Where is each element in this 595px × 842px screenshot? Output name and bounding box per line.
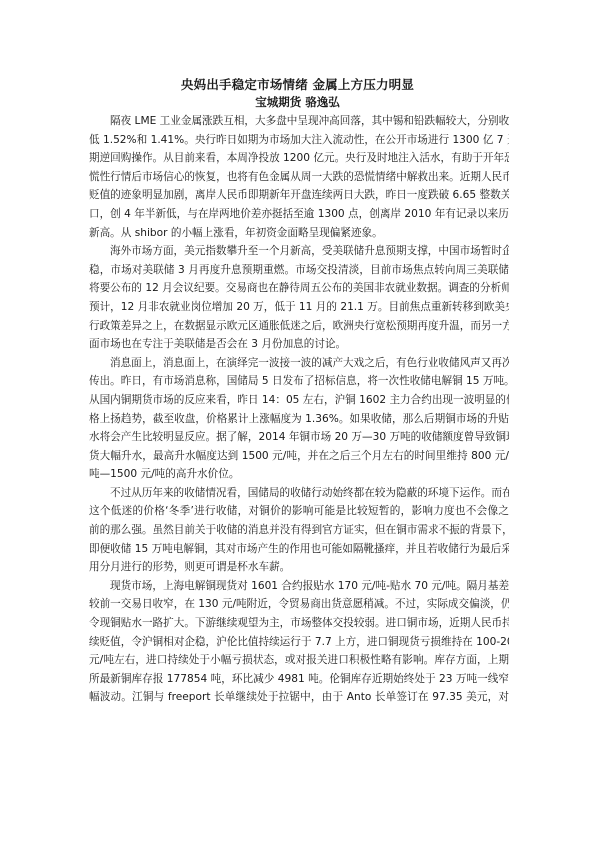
text-line: 从国内铜期货市场的反应来看，昨日 14：05 左右，沪铜 1602 主力合约出现… bbox=[89, 391, 509, 410]
text-line: 水将会产生比较明显反应。据了解，2014 年铜市场 20 万—30 万吨的收储额… bbox=[89, 428, 509, 447]
text-line: 稳，市场对美联储 3 月再度升息预期重燃。市场交投清淡，目前市场焦点转向周三美联… bbox=[89, 261, 509, 280]
text-line: 预计，12 月非农就业岗位增加 20 万，低于 11 月的 21.1 万。目前焦… bbox=[89, 298, 509, 317]
text-line: 期逆回购操作。从目前来看，本周净投放 1200 亿元。央行及时地注入活水，有助于… bbox=[89, 149, 509, 168]
text-line: 面市场也在专注于美联储是否会在 3 月份加息的讨论。 bbox=[89, 335, 509, 354]
paragraph: 消息面上，消息面上，在演绎完一波接一波的减产大戏之后，有色行业收储风声又再次传出… bbox=[89, 354, 509, 484]
paragraph: 现货市场，上海电解铜现货对 1601 合约报贴水 170 元/吨-贴水 70 元… bbox=[89, 577, 509, 707]
text-line: 吨—1500 元/吨的高升水价位。 bbox=[89, 465, 509, 484]
article-byline: 宝城期货 骆逸弘 bbox=[0, 95, 595, 110]
text-line: 用分月进行的形势，则更可谓是杯水车薪。 bbox=[89, 558, 509, 577]
text-line: 贬值的迹象明显加剧，离岸人民币即期新年开盘连续两日大跌，昨日一度跌破 6.65 … bbox=[89, 186, 509, 205]
document-page: 央妈出手稳定市场情绪 金属上方压力明显 宝城期货 骆逸弘 隔夜 LME 工业金属… bbox=[0, 0, 595, 842]
text-line: 所最新铜库存报 177854 吨，环比减少 4981 吨。伦铜库存近期始终处于 … bbox=[89, 670, 509, 689]
text-line: 将要公布的 12 月会议纪要。交易商也在静待周五公布的美国非农就业数据。调查的分… bbox=[89, 279, 509, 298]
text-line: 续贬值，令沪铜相对企稳，沪伦比值持续运行于 7.7 上方，进口铜现货亏损维持在 … bbox=[89, 633, 509, 652]
text-line: 不过从历年来的收储情况看，国储局的收储行动始终都在较为隐蔽的环境下运作。而在 bbox=[89, 484, 509, 503]
text-line: 慌性行情后市场信心的恢复，也将有色金属从周一大跌的恐慌情绪中解救出来。近期人民币 bbox=[89, 168, 509, 187]
paragraph: 不过从历年来的收储情况看，国储局的收储行动始终都在较为隐蔽的环境下运作。而在这个… bbox=[89, 484, 509, 577]
text-line: 幅波动。江铜与 freeport 长单继续处于拉锯中，由于 Anto 长单签订在… bbox=[89, 688, 509, 707]
text-line: 隔夜 LME 工业金属涨跌互相，大多盘中呈现冲高回落，其中锡和铅跌幅较大，分别收 bbox=[89, 112, 509, 131]
text-line: 行政策差异之上，在数据显示欧元区通胀低迷之后，欧洲央行宽松预期再度升温，而另一方 bbox=[89, 317, 509, 336]
text-line: 新高。从 shibor 的小幅上涨看，年初资金面略呈现偏紧迹象。 bbox=[89, 224, 509, 243]
text-line: 传出。昨日，有市场消息称，国储局 5 日发布了招标信息，将一次性收储电解铜 15… bbox=[89, 372, 509, 391]
text-line: 低 1.52%和 1.41%。央行昨日如期为市场加大注入流动性，在公开市场进行 … bbox=[89, 131, 509, 150]
article-body: 隔夜 LME 工业金属涨跌互相，大多盘中呈现冲高回落，其中锡和铅跌幅较大，分别收… bbox=[89, 112, 509, 707]
text-line: 格上扬趋势，截至收盘，价格累计上涨幅度为 1.36%。如果收储，那么后期铜市场的… bbox=[89, 410, 509, 429]
text-line: 即便收储 15 万吨电解铜，其对市场产生的作用也可能如隔靴搔痒，并且若收储行为最… bbox=[89, 540, 509, 559]
text-line: 货大幅升水，最高升水幅度达到 1500 元/吨，并在之后三个月左右的时间里维持 … bbox=[89, 447, 509, 466]
text-line: 海外市场方面，美元指数攀升至一个月新高，受美联储升息预期支撑，中国市场暂时企 bbox=[89, 242, 509, 261]
text-line: 消息面上，消息面上，在演绎完一波接一波的减产大戏之后，有色行业收储风声又再次 bbox=[89, 354, 509, 373]
text-line: 较前一交易日收窄，在 130 元/吨附近，令贸易商出货意愿稍减。不过，实际成交偏… bbox=[89, 595, 509, 614]
paragraph: 海外市场方面，美元指数攀升至一个月新高，受美联储升息预期支撑，中国市场暂时企稳，… bbox=[89, 242, 509, 354]
text-line: 现货市场，上海电解铜现货对 1601 合约报贴水 170 元/吨-贴水 70 元… bbox=[89, 577, 509, 596]
text-line: 元/吨左右，进口持续处于小幅亏损状态，或对报关进口积极性略有影响。库存方面，上期 bbox=[89, 651, 509, 670]
article-title: 央妈出手稳定市场情绪 金属上方压力明显 bbox=[0, 77, 595, 93]
text-line: 令现铜贴水一路扩大。下游继续观望为主，市场整体交投较弱。进口铜市场，近期人民币持 bbox=[89, 614, 509, 633]
text-line: 前的那么强。虽然目前关于收储的消息并没有得到官方证实，但在铜市需求不振的背景下， bbox=[89, 521, 509, 540]
paragraph: 隔夜 LME 工业金属涨跌互相，大多盘中呈现冲高回落，其中锡和铅跌幅较大，分别收… bbox=[89, 112, 509, 242]
text-line: 口，创 4 年半新低，与在岸两地价差亦挺括至逾 1300 点，创离岸 2010 … bbox=[89, 205, 509, 224]
text-line: 这个低迷的价格‘冬季’进行收储，对铜价的影响可能是比较短暂的，影响力度也不会像之 bbox=[89, 502, 509, 521]
